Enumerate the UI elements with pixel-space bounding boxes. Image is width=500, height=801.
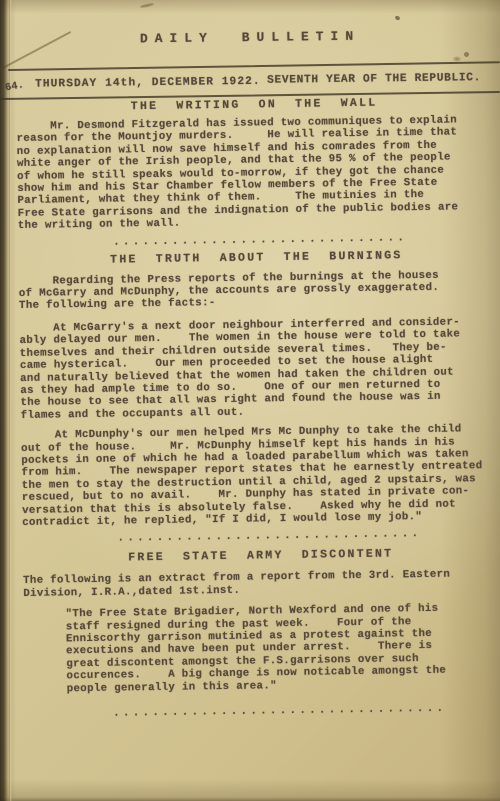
bulletin-page: DAILY BULLETIN 64. THURSDAY 14th, DECEMB… xyxy=(0,0,500,801)
dotted-separator: .............................. xyxy=(113,231,494,250)
ink-stain xyxy=(394,15,400,21)
date-line: THURSDAY 14th, DECEMBER 1922. xyxy=(35,76,261,91)
masthead-title: DAILY BULLETIN xyxy=(0,27,500,48)
paragraph: At McDunphy's our men helped Mrs Mc Dunp… xyxy=(21,423,498,529)
quoted-report-paragraph: "The Free State Brigadier, North Wexford… xyxy=(66,602,500,695)
paragraph: At McGarry's a next door neighbour inter… xyxy=(19,316,496,422)
year-line: SEVENTH YEAR OF THE REPUBLIC. xyxy=(267,72,481,87)
dateline-row: 64. THURSDAY 14th, DECEMBER 1922. SEVENT… xyxy=(0,73,500,79)
section-heading-truth-about-burnings: THE TRUTH ABOUT THE BURNINGS xyxy=(18,248,494,268)
ink-stain xyxy=(452,56,462,62)
paragraph: Regarding the Press reports of the burni… xyxy=(19,269,495,313)
paragraph: Mr. Desmond Fitzgerald has issued two co… xyxy=(16,114,494,233)
header-divider-top xyxy=(8,61,500,71)
ink-stain xyxy=(140,3,154,9)
issue-number: 64. xyxy=(4,79,25,94)
dotted-separator: .................................. xyxy=(113,702,500,721)
ink-stain xyxy=(464,52,469,57)
paper-crease xyxy=(9,0,12,801)
section-heading-free-state-army-discontent: FREE STATE ARMY DISCONTENT xyxy=(23,546,499,566)
bulletin-content: THE WRITING ON THE WALL Mr. Desmond Fitz… xyxy=(16,95,500,726)
dotted-separator: ............................... xyxy=(117,527,498,546)
paragraph: The following is an extract from a repor… xyxy=(23,568,499,600)
